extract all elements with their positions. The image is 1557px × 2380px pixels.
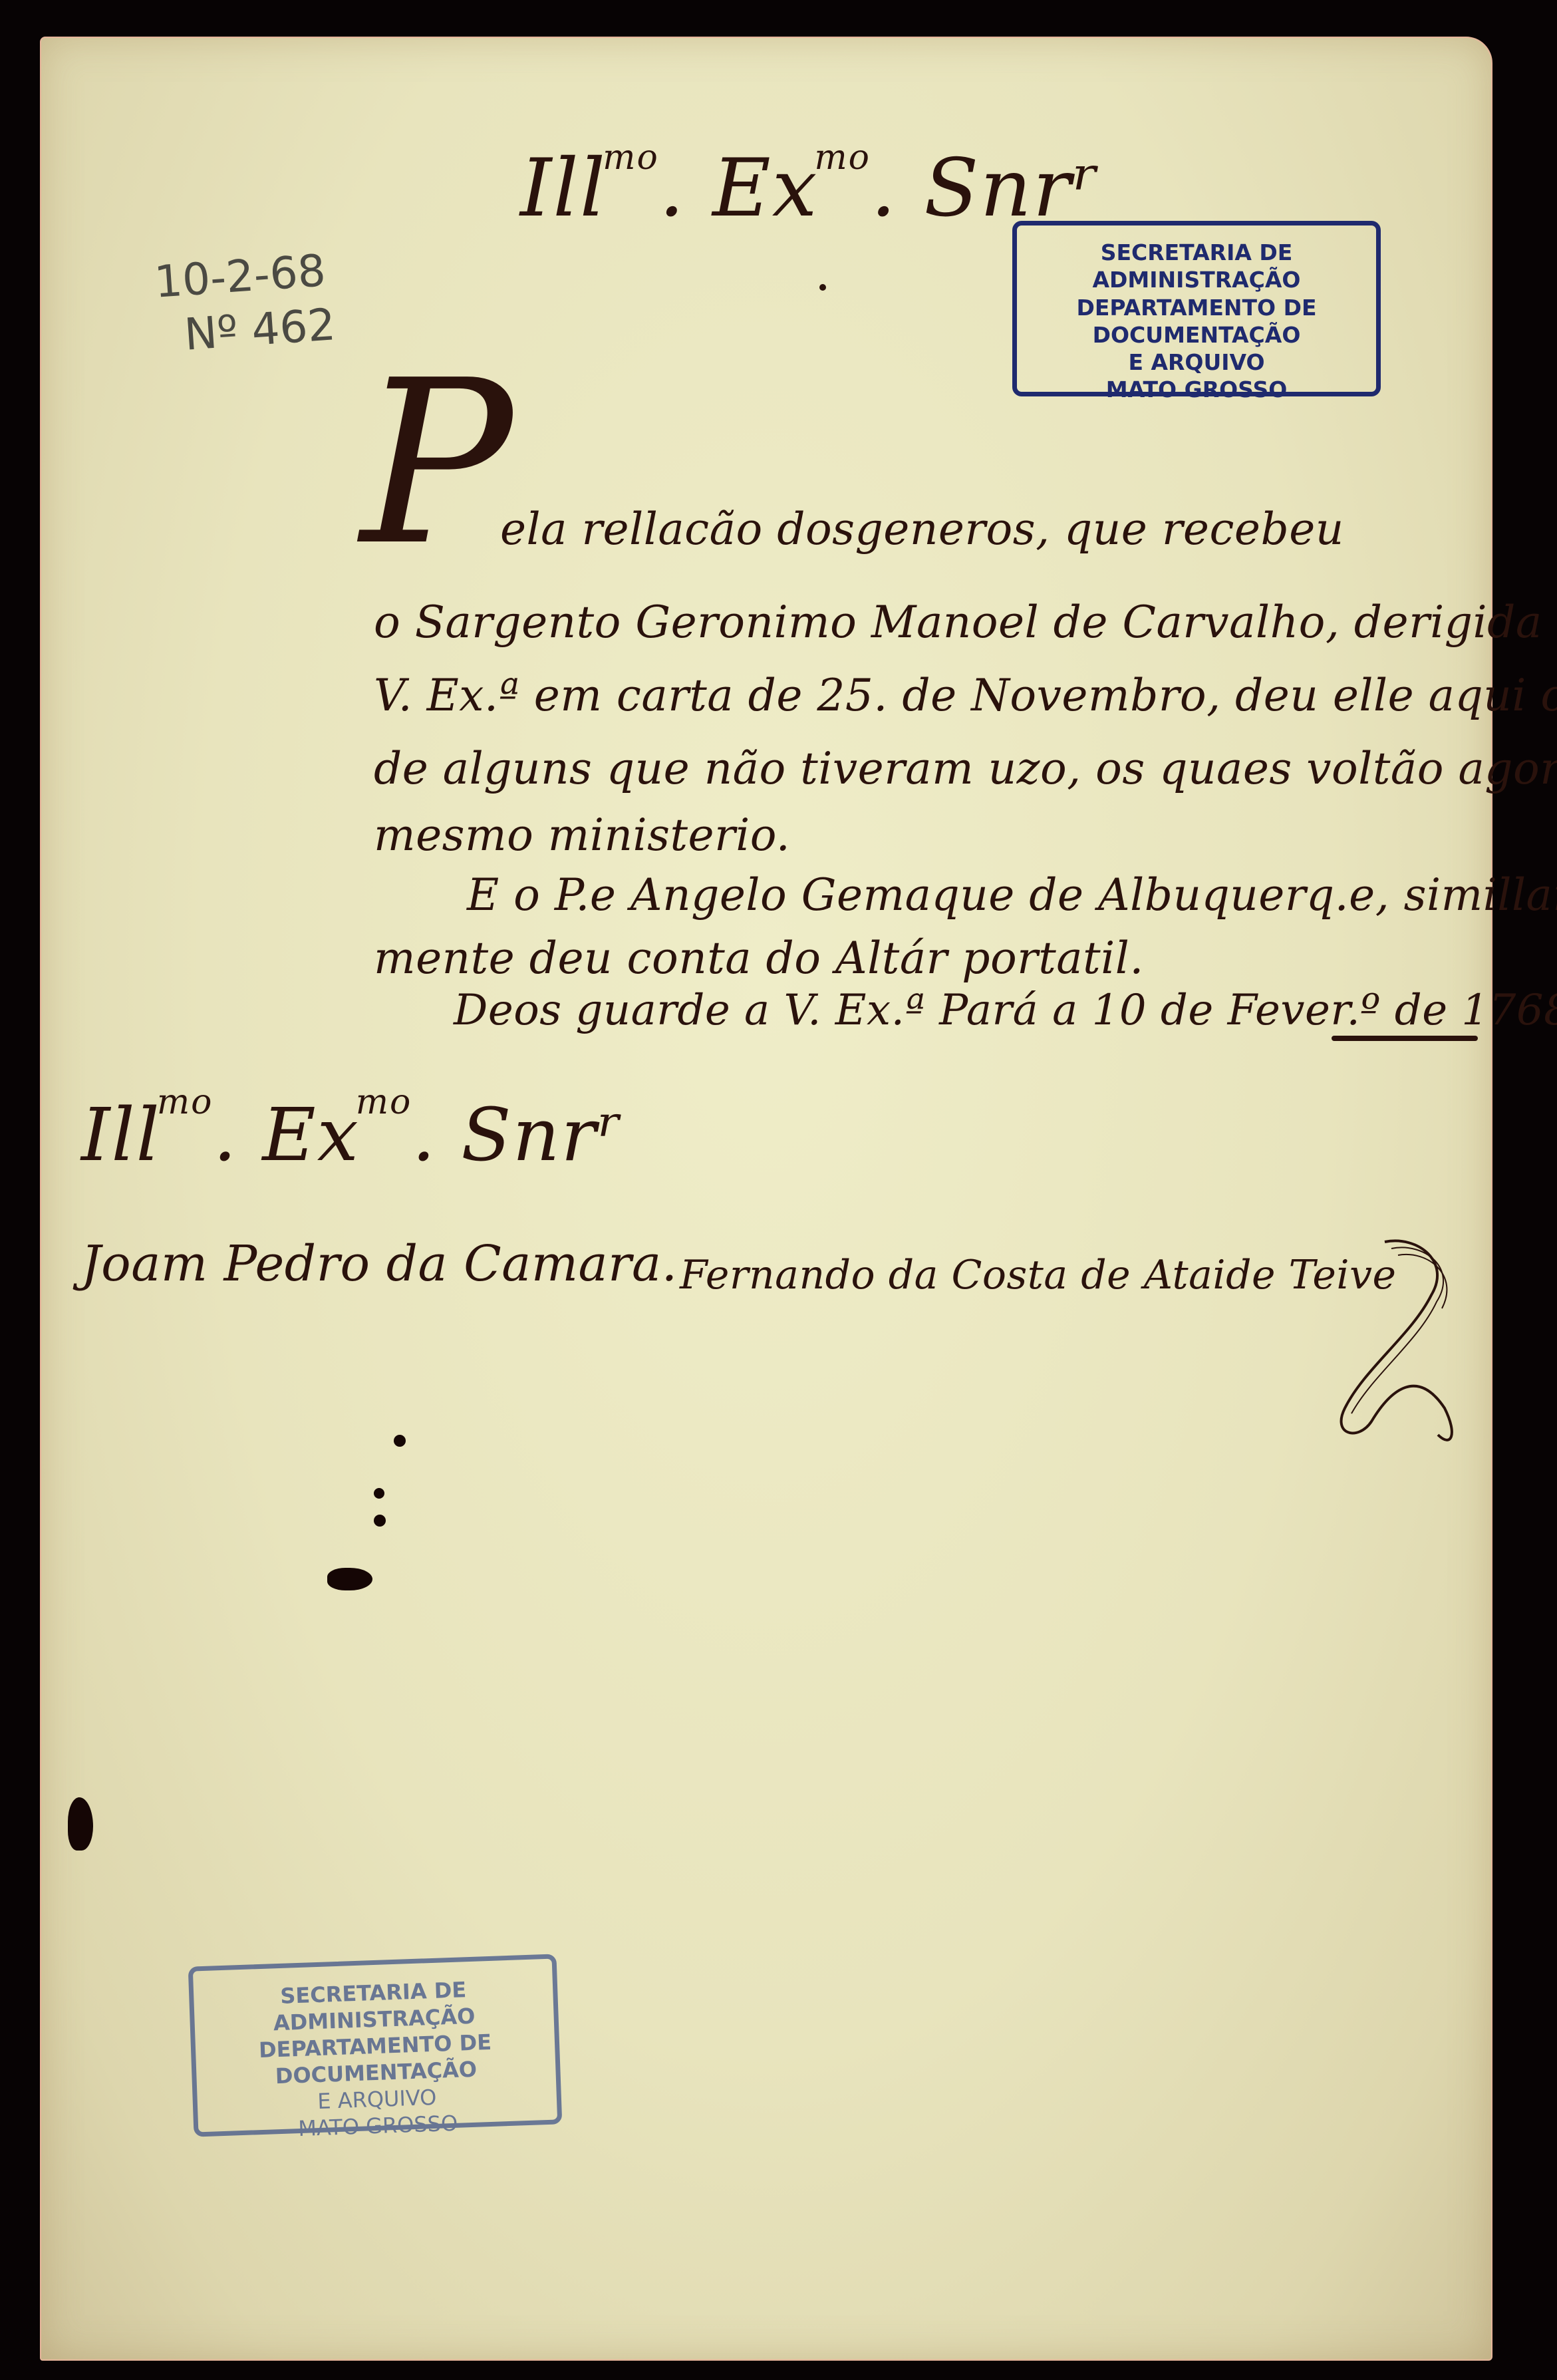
salutation-word: Ex (262, 1092, 359, 1177)
body-line-4: de alguns que não tiveram uzo, os quaes … (374, 743, 1557, 794)
ink-blot (327, 1568, 372, 1590)
ink-blot (374, 1488, 384, 1499)
archive-stamp-top: SECRETARIA DE ADMINISTRAÇÃO DEPARTAMENTO… (1012, 221, 1381, 396)
ink-dot (819, 284, 826, 291)
body-line-6: E o P.e Angelo Gemaque de Albuquerq.e, s… (467, 869, 1557, 921)
salutation-word: Snr (461, 1092, 597, 1177)
body-line-1: ela rellacão dosgeneros, que recebeu (500, 504, 1344, 555)
superscript: mo (356, 1082, 412, 1122)
stamp-line: MATO GROSSO (1017, 376, 1376, 403)
salutation-word: Ill (81, 1092, 161, 1177)
superscript: mo (814, 138, 871, 178)
signature-flourish-icon (1285, 1235, 1485, 1448)
document-page: Illmo. Exmo. Snrʳ 10-2-68 Nº 462 SECRETA… (40, 37, 1492, 2361)
body-line-7: mente deu conta do Altár portatil. (374, 933, 1144, 984)
body-line-3: V. Ex.ª em carta de 25. de Novembro, deu… (374, 670, 1557, 721)
closing-line: Deos guarde a V. Ex.ª Pará a 10 de Fever… (454, 986, 1557, 1035)
ink-hole (68, 1797, 93, 1851)
salutation-word: Ill (520, 142, 607, 235)
salutation-word: Ex (712, 142, 818, 235)
addressee-name: Joam Pedro da Camara. (81, 1235, 678, 1292)
ink-blot (394, 1435, 406, 1447)
date-underline (1332, 1036, 1478, 1041)
ink-blot (374, 1515, 386, 1527)
salutation-bottom: Illmo. Exmo. Snrʳ (81, 1082, 624, 1177)
pencil-number: Nº 462 (183, 299, 337, 361)
stamp-line: SECRETARIA DE ADMINISTRAÇÃO (1017, 239, 1376, 294)
body-line-5: mesmo ministerio. (374, 810, 790, 861)
superscript: mo (603, 138, 659, 178)
decorative-initial: P (360, 351, 513, 577)
archive-stamp-bottom: SECRETARIA DE ADMINISTRAÇÃO DEPARTAMENTO… (188, 1954, 563, 2137)
pencil-date: 10-2-68 (153, 245, 327, 308)
body-line-2: o Sargento Geronimo Manoel de Carvalho, … (374, 597, 1557, 648)
stamp-line: DEPARTAMENTO DE DOCUMENTAÇÃO (1017, 294, 1376, 349)
stamp-line: E ARQUIVO (1017, 349, 1376, 376)
superscript: mo (157, 1082, 213, 1122)
salutation-top: Illmo. Exmo. Snrʳ (520, 138, 1101, 235)
